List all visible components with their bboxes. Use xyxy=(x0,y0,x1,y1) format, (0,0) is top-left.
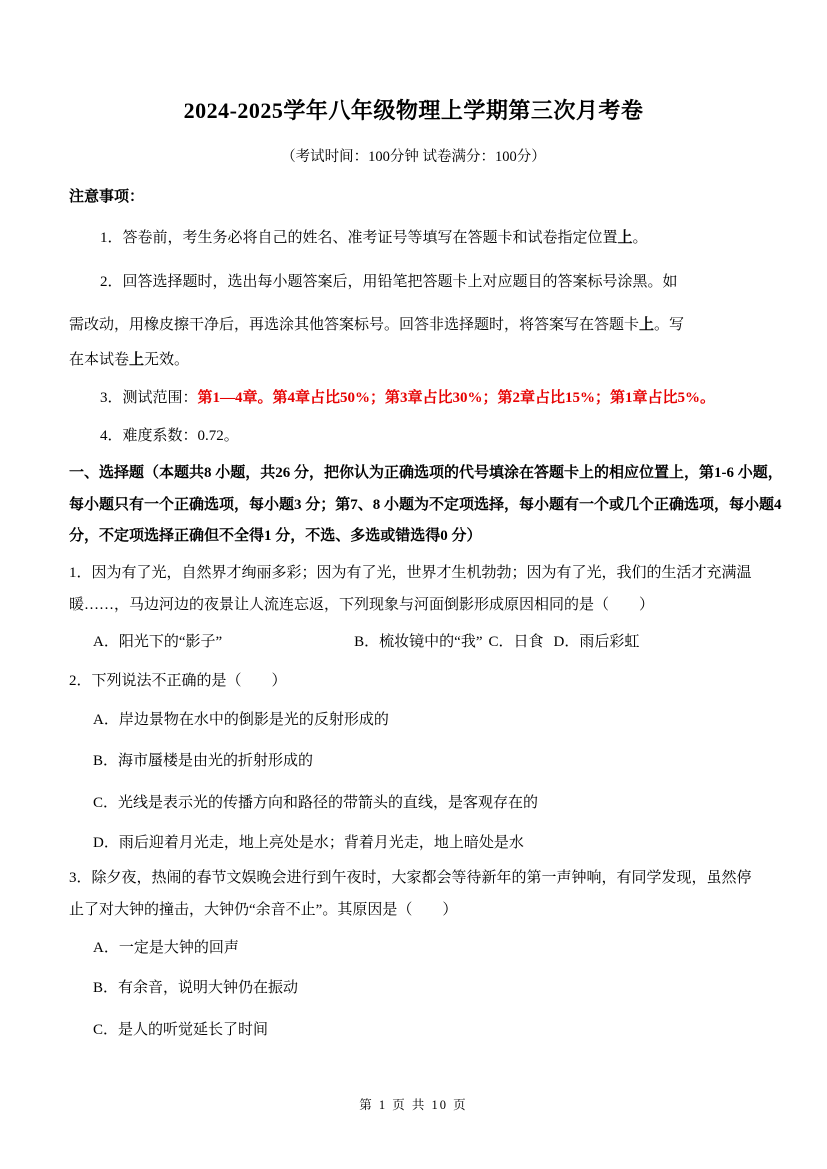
question-2-stem: 2．下列说法不正确的是（ ） xyxy=(69,671,758,692)
notice-item-2-cont1-tail: 。写 xyxy=(654,317,684,333)
question-3-option-a: A．一定是大钟的回声 xyxy=(69,938,758,959)
question-1-stem-line2: 暖……，马边河边的夜景让人流连忘返，下列现象与河面倒影形成原因相同的是（ ） xyxy=(69,595,758,616)
notices-heading: 注意事项： xyxy=(69,187,758,208)
notice-item-2: 2．回答选择题时，选出每小题答案后，用铅笔把答题卡上对应题目的答案标号涂黑。如 xyxy=(69,272,758,293)
notice-item-2-cont2-emphasis: 上 xyxy=(129,352,144,368)
exam-scope-highlight: 第1—4章。第4章占比50%；第3章占比30%；第2章占比15%；第1章占比5%… xyxy=(198,390,716,406)
question-3-stem-line1: 3．除夕夜，热闹的春节文娱晚会进行到午夜时，大家都会等待新年的第一声钟响，有同学… xyxy=(69,868,758,889)
section1-header-line3: 分，不定项选择正确但不全得1 分，不选、多选或错选得0 分） xyxy=(69,526,758,547)
notice-item-3-label: 3．测试范围： xyxy=(100,390,198,406)
question-2-option-b: B．海市蜃楼是由光的折射形成的 xyxy=(69,751,758,772)
notice-item-3: 3．测试范围：第1—4章。第4章占比50%；第3章占比30%；第2章占比15%；… xyxy=(69,388,758,409)
question-1-stem-line1: 1．因为有了光，自然界才绚丽多彩；因为有了光，世界才生机勃勃；因为有了光，我们的… xyxy=(69,563,758,584)
notice-item-1-tail: 。 xyxy=(633,230,648,246)
exam-info-line: （考试时间：100分钟 试卷满分：100分） xyxy=(69,147,758,167)
exam-page: 2024-2025学年八年级物理上学期第三次月考卷 （考试时间：100分钟 试卷… xyxy=(0,0,827,1169)
notice-item-4: 4．难度系数：0.72。 xyxy=(69,426,758,447)
section1-header-line2: 每小题只有一个正确选项，每小题3 分；第7、8 小题为不定项选择，每小题有一个或… xyxy=(69,495,758,516)
page-number-footer: 第 1 页 共 10 页 xyxy=(0,1097,827,1113)
notice-item-2-cont1-text: 需改动，用橡皮擦干净后，再选涂其他答案标号。回答非选择题时，将答案写在答题卡 xyxy=(69,317,639,333)
question-3-option-c: C．是人的听觉延长了时间 xyxy=(69,1020,758,1041)
notice-item-2-continuation-2: 在本试卷上无效。 xyxy=(69,350,758,371)
question-3-option-b: B．有余音，说明大钟仍在振动 xyxy=(69,978,758,999)
notice-item-1-text: 1．答卷前，考生务必将自己的姓名、准考证号等填写在答题卡和试卷指定位置 xyxy=(100,230,618,246)
notice-item-2-cont2-text: 在本试卷 xyxy=(69,352,129,368)
notice-item-2-continuation-1: 需改动，用橡皮擦干净后，再选涂其他答案标号。回答非选择题时，将答案写在答题卡上。… xyxy=(69,315,758,336)
question-2-option-d: D．雨后迎着月光走，地上亮处是水；背着月光走，地上暗处是水 xyxy=(69,833,758,854)
notice-item-1-emphasis: 上 xyxy=(618,230,633,246)
question-1-option-d: D．雨后彩虹 xyxy=(554,634,640,650)
notice-item-2-cont2-tail: 无效。 xyxy=(144,352,189,368)
question-2-option-a: A．岸边景物在水中的倒影是光的反射形成的 xyxy=(69,710,758,731)
question-2-option-c: C．光线是表示光的传播方向和路径的带箭头的直线，是客观存在的 xyxy=(69,793,758,814)
question-1-option-a: A．阳光下的“影子” xyxy=(93,634,222,650)
question-1-option-b: B．梳妆镜中的“我” xyxy=(354,634,482,650)
notice-item-2-cont1-emphasis: 上 xyxy=(639,317,654,333)
page-title: 2024-2025学年八年级物理上学期第三次月考卷 xyxy=(69,98,758,124)
question-1-options: A．阳光下的“影子”B．梳妆镜中的“我”C．日食D．雨后彩虹 xyxy=(69,632,758,653)
section1-header-line1: 一、选择题（本题共8 小题，共26 分，把你认为正确选项的代号填涂在答题卡上的相… xyxy=(69,463,758,484)
question-1-option-c: C．日食 xyxy=(488,634,543,650)
notice-item-1: 1．答卷前，考生务必将自己的姓名、准考证号等填写在答题卡和试卷指定位置上。 xyxy=(69,228,758,249)
question-3-stem-line2: 止了对大钟的撞击，大钟仍“余音不止”。其原因是（ ） xyxy=(69,900,758,921)
